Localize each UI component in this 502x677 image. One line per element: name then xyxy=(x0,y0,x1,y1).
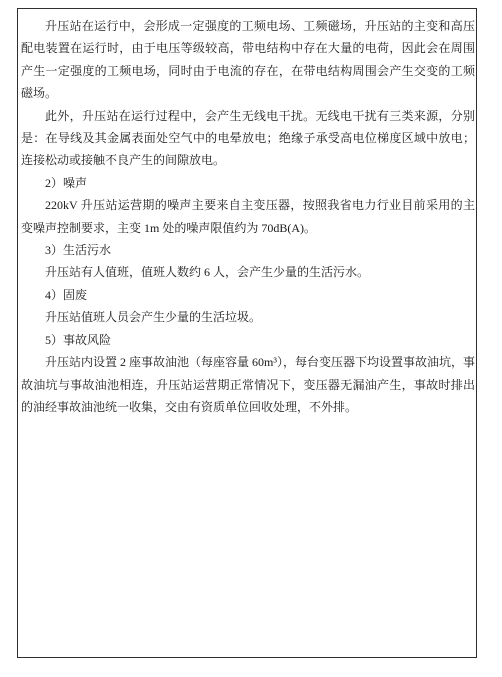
heading-solid-waste: 4）固废 xyxy=(21,284,475,306)
heading-sewage: 3）生活污水 xyxy=(21,239,475,261)
paragraph-noise: 220kV 升压站运营期的噪声主要来自主变压器，按照我省电力行业目前采用的主变噪… xyxy=(21,194,475,239)
paragraph-sewage: 升压站有人值班，值班人数约 6 人，会产生少量的生活污水。 xyxy=(21,261,475,283)
paragraph-radio-interference: 此外，升压站在运行过程中，会产生无线电干扰。无线电干扰有三类来源，分别是：在导线… xyxy=(21,105,475,172)
heading-noise: 2）噪声 xyxy=(21,172,475,194)
document-page: 升压站在运行中，会形成一定强度的工频电场、工频磁场，升压站的主变和高压配电装置在… xyxy=(17,8,477,658)
paragraph-solid-waste: 升压站值班人员会产生少量的生活垃圾。 xyxy=(21,306,475,328)
document-canvas: { "document": { "language": "zh-CN", "pa… xyxy=(0,0,502,677)
paragraph-emf: 升压站在运行中，会形成一定强度的工频电场、工频磁场，升压站的主变和高压配电装置在… xyxy=(21,15,475,105)
paragraph-accident-risk: 升压站内设置 2 座事故油池（每座容量 60m³），每台变压器下均设置事故油坑，… xyxy=(21,351,475,418)
heading-accident-risk: 5）事故风险 xyxy=(21,329,475,351)
